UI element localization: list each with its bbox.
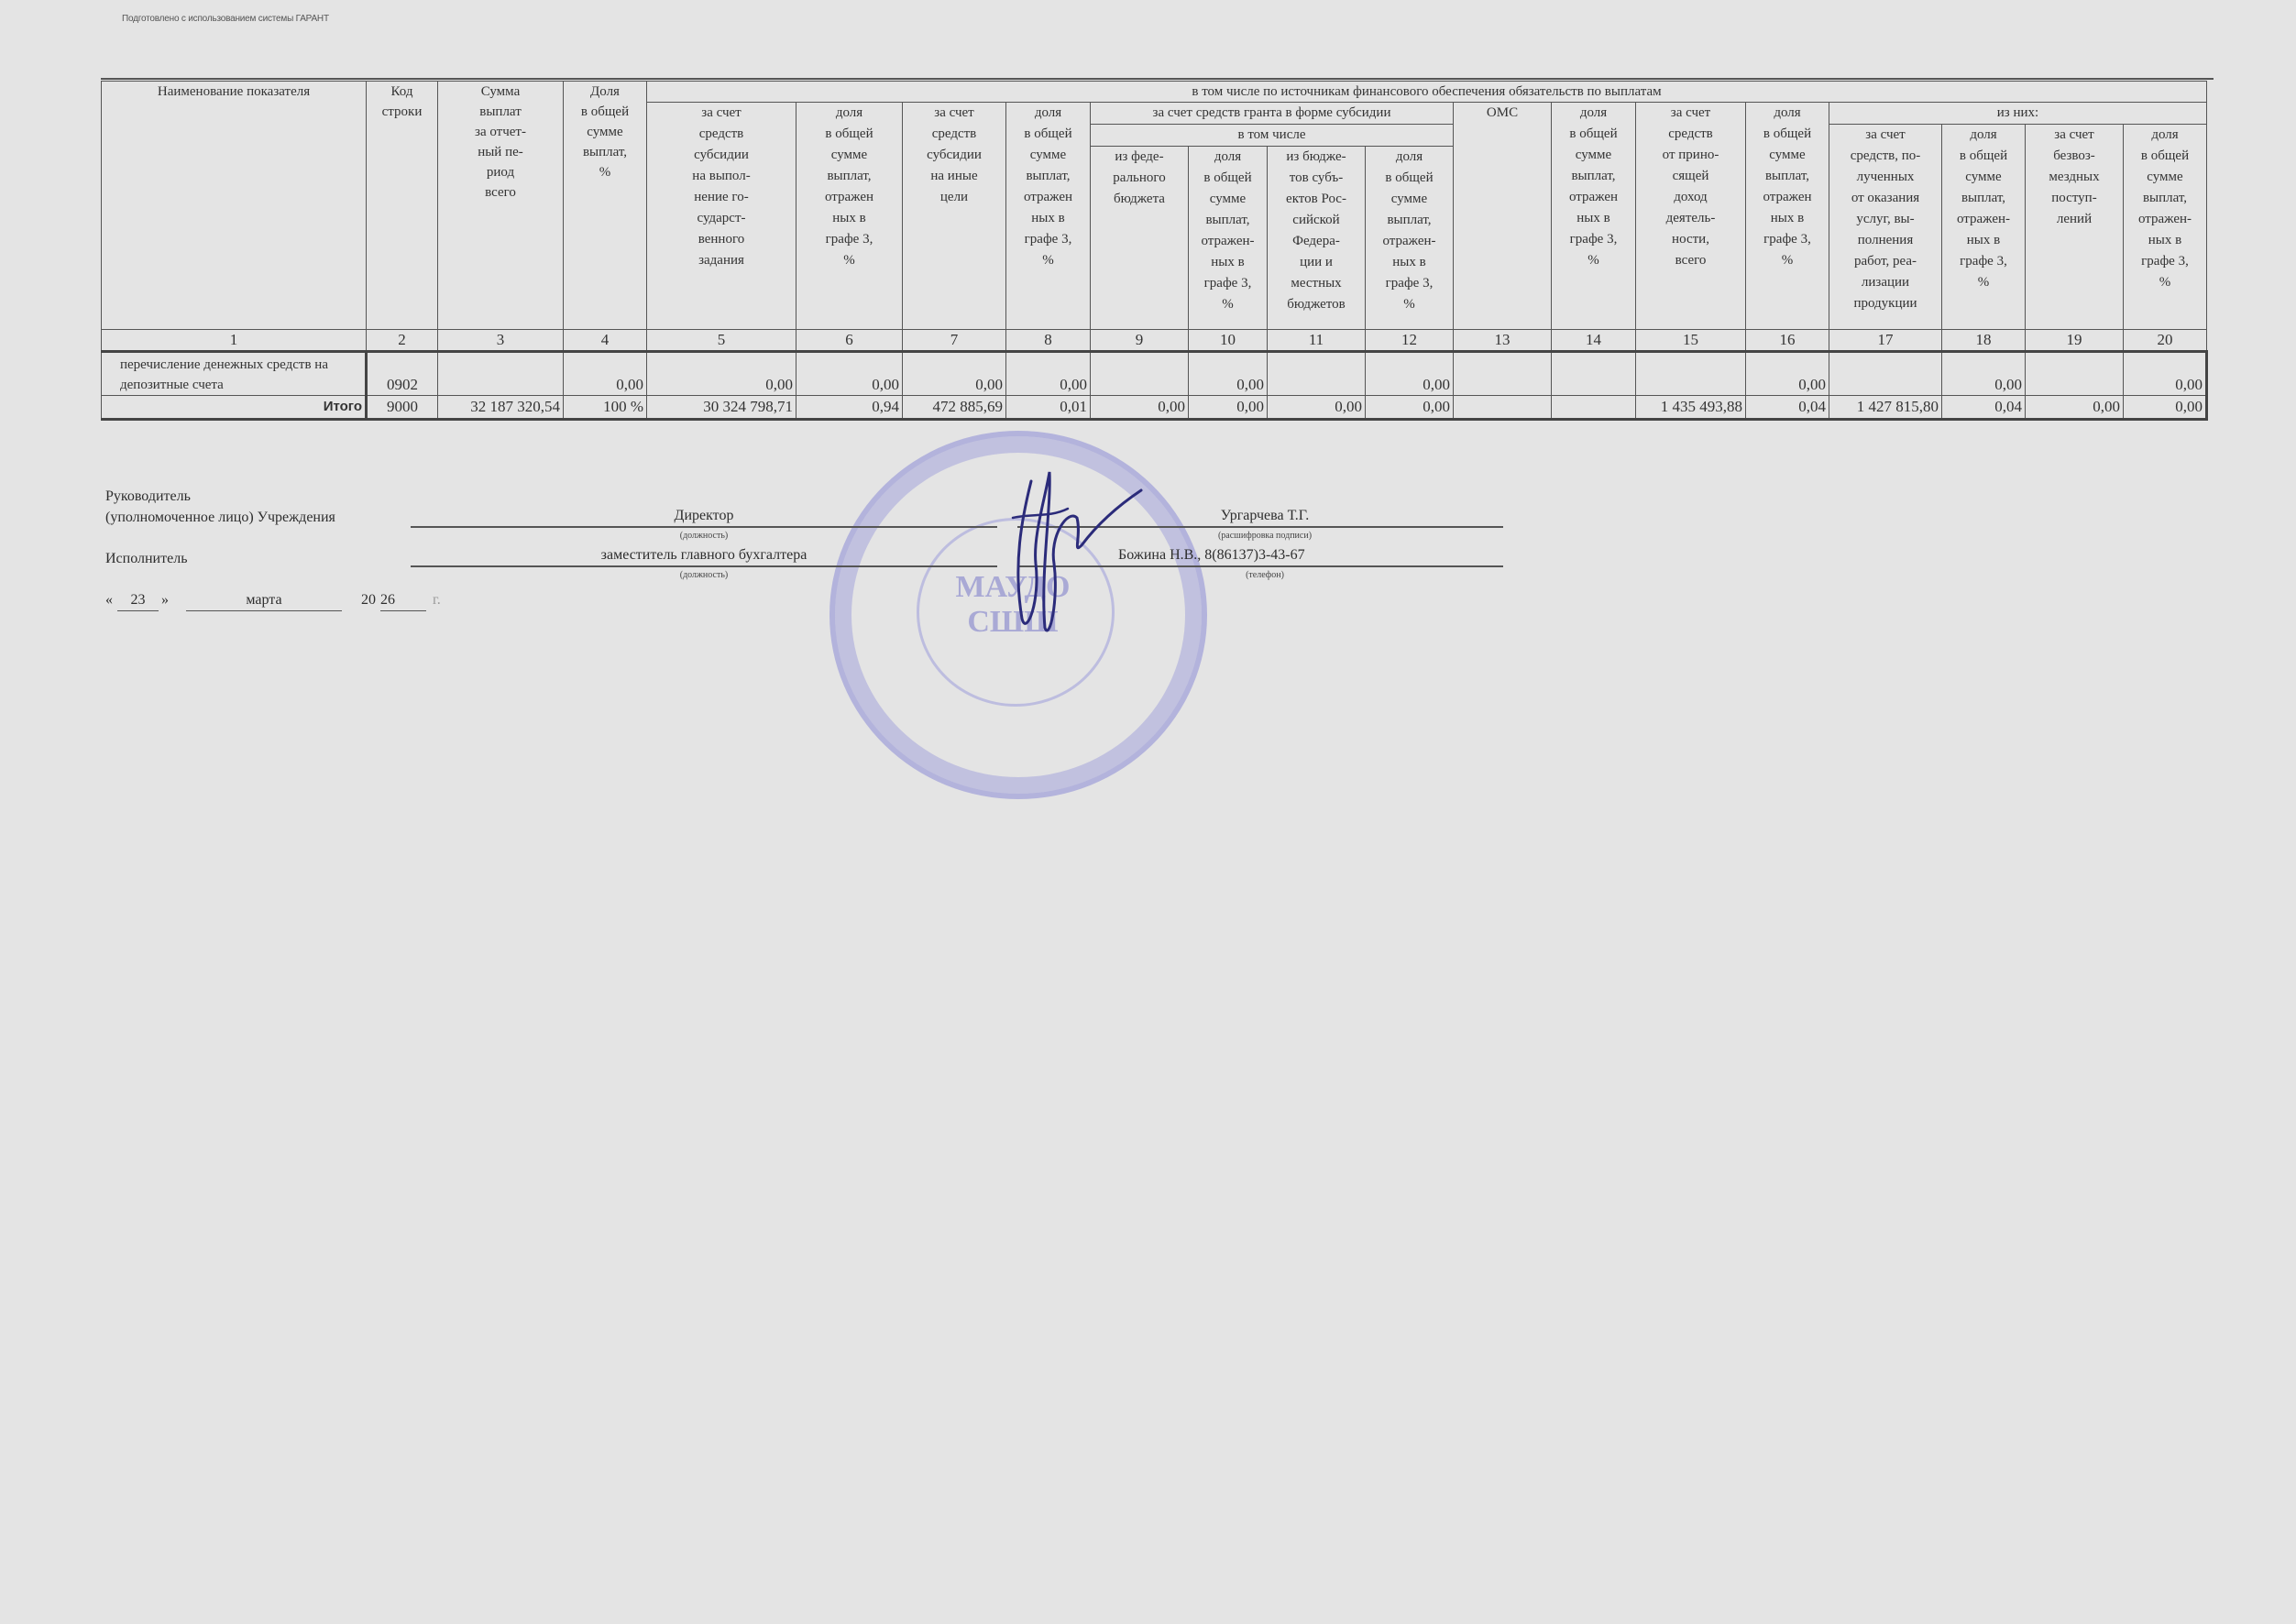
total-cell: 0,00 — [1366, 396, 1454, 420]
col-num: 4 — [564, 330, 647, 352]
cell — [438, 352, 564, 396]
header-c9: из феде- рального бюджета — [1091, 147, 1189, 330]
cell: 0,00 — [903, 352, 1006, 396]
col-num: 14 — [1552, 330, 1636, 352]
total-cell: 0,04 — [1746, 396, 1829, 420]
col-num: 19 — [2026, 330, 2124, 352]
header-c13: ОМС — [1454, 103, 1552, 330]
date-year: 26 — [380, 592, 426, 609]
col-num: 3 — [438, 330, 564, 352]
cell: 0,00 — [647, 352, 796, 396]
column-numbers-row: 1 2 3 4 5 6 7 8 9 10 11 12 13 14 15 16 1… — [102, 330, 2207, 352]
total-code: 9000 — [367, 396, 438, 420]
col-num: 10 — [1189, 330, 1268, 352]
header-c20: доля в общей сумме выплат, отражен- ных … — [2124, 125, 2207, 330]
total-cell: 0,00 — [2026, 396, 2124, 420]
cell — [1552, 352, 1636, 396]
header-c15: за счет средств от прино- сящей доход де… — [1636, 103, 1746, 330]
total-cell — [1454, 396, 1552, 420]
cell: 0,00 — [1366, 352, 1454, 396]
executor-contact: Божина Н.В., 8(86137)3-43-67 — [1118, 547, 1412, 564]
total-cell: 32 187 320,54 — [438, 396, 564, 420]
date-century: 20 — [361, 592, 376, 609]
header-c17: за счет средств, по- лученных от оказани… — [1829, 125, 1942, 330]
head-position-caption: (должность) — [411, 531, 997, 541]
col-num: 17 — [1829, 330, 1942, 352]
total-row: Итого 9000 32 187 320,54 100 % 30 324 79… — [102, 396, 2207, 420]
total-cell: 1 427 815,80 — [1829, 396, 1942, 420]
header-grant-incl: в том числе — [1091, 125, 1454, 147]
cell — [2026, 352, 2124, 396]
cell — [1268, 352, 1366, 396]
header-code: Код строки — [367, 82, 438, 330]
header-c5: за счет средств субсидии на выпол- нение… — [647, 103, 796, 330]
date-close-quote: » — [161, 592, 169, 609]
total-cell: 0,00 — [1189, 396, 1268, 420]
table-row: перечисление денежных средств на депозит… — [102, 352, 2207, 396]
total-cell: 100 % — [564, 396, 647, 420]
header-grant-group: за счет средств гранта в форме субсидии — [1091, 103, 1454, 125]
head-position-line — [411, 526, 997, 528]
header-c6: доля в общей сумме выплат, отражен ных в… — [796, 103, 903, 330]
col-num: 8 — [1006, 330, 1091, 352]
header-c7: за счет средств субсидии на иные цели — [903, 103, 1006, 330]
cell: 0,00 — [2124, 352, 2207, 396]
col-num: 16 — [1746, 330, 1829, 352]
date-day-line — [117, 610, 159, 611]
payments-table: Наименование показателя Код строки Сумма… — [101, 81, 2208, 421]
header-c11: из бюдже- тов субъ- ектов Рос- сийской Ф… — [1268, 147, 1366, 330]
date-month-line — [186, 610, 342, 611]
header-c18: доля в общей сумме выплат, отражен- ных … — [1942, 125, 2026, 330]
handwritten-signature-icon — [994, 463, 1150, 646]
col-num: 13 — [1454, 330, 1552, 352]
total-cell: 0,00 — [1091, 396, 1189, 420]
cell — [1636, 352, 1746, 396]
head-name-caption: (расшифровка подписи) — [1155, 531, 1375, 541]
total-cell: 472 885,69 — [903, 396, 1006, 420]
total-cell — [1552, 396, 1636, 420]
row-name: перечисление денежных средств на депозит… — [102, 352, 367, 396]
header-c10: доля в общей сумме выплат, отражен- ных … — [1189, 147, 1268, 330]
col-num: 5 — [647, 330, 796, 352]
header-c19: за счет безвоз- мездных поступ- лений — [2026, 125, 2124, 330]
col-num: 2 — [367, 330, 438, 352]
cell: 0,00 — [1189, 352, 1268, 396]
header-c8: доля в общей сумме выплат, отражен ных в… — [1006, 103, 1091, 330]
total-cell: 0,00 — [1268, 396, 1366, 420]
date-month: марта — [186, 592, 342, 609]
date-day: 23 — [117, 592, 159, 609]
col-num: 6 — [796, 330, 903, 352]
row-code: 0902 — [367, 352, 438, 396]
header-c14: доля в общей сумме выплат, отражен ных в… — [1552, 103, 1636, 330]
header-of-them: из них: — [1829, 103, 2207, 125]
total-cell: 0,01 — [1006, 396, 1091, 420]
cell: 0,00 — [796, 352, 903, 396]
cell — [1454, 352, 1552, 396]
total-label: Итого — [102, 396, 367, 420]
col-num: 7 — [903, 330, 1006, 352]
header-c16: доля в общей сумме выплат, отражен ных в… — [1746, 103, 1829, 330]
cell — [1091, 352, 1189, 396]
col-num: 11 — [1268, 330, 1366, 352]
top-rule — [101, 78, 2214, 80]
head-label-2: (уполномоченное лицо) Учреждения — [105, 510, 335, 526]
executor-position-line — [411, 565, 997, 567]
header-c12: доля в общей сумме выплат, отражен- ных … — [1366, 147, 1454, 330]
total-cell: 0,04 — [1942, 396, 2026, 420]
col-num: 18 — [1942, 330, 2026, 352]
total-cell: 0,00 — [2124, 396, 2207, 420]
cell: 0,00 — [564, 352, 647, 396]
total-cell: 30 324 798,71 — [647, 396, 796, 420]
cell: 0,00 — [1006, 352, 1091, 396]
cell: 0,00 — [1942, 352, 2026, 396]
executor-position-caption: (должность) — [411, 570, 997, 580]
total-cell: 0,94 — [796, 396, 903, 420]
executor-position: заместитель главного бухгалтера — [411, 547, 997, 564]
date-suffix: г. — [433, 592, 441, 609]
col-num: 9 — [1091, 330, 1189, 352]
executor-contact-caption: (телефон) — [1155, 570, 1375, 580]
source-note: Подготовлено с использованием системы ГА… — [122, 14, 329, 24]
total-cell: 1 435 493,88 — [1636, 396, 1746, 420]
header-name: Наименование показателя — [102, 82, 367, 330]
col-num: 1 — [102, 330, 367, 352]
head-label-1: Руководитель — [105, 488, 191, 505]
head-name: Ургарчева Т.Г. — [1155, 508, 1375, 524]
header-total-sum: Сумма выплат за отчет- ный пе- риод всег… — [438, 82, 564, 330]
date-open-quote: « — [105, 592, 113, 609]
header-total-share: Доля в общей сумме выплат, % — [564, 82, 647, 330]
head-position: Директор — [411, 508, 997, 524]
col-num: 12 — [1366, 330, 1454, 352]
date-year-line — [380, 610, 426, 611]
executor-label: Исполнитель — [105, 551, 188, 567]
cell: 0,00 — [1746, 352, 1829, 396]
col-num: 15 — [1636, 330, 1746, 352]
header-sources-group: в том числе по источникам финансового об… — [647, 82, 2207, 103]
cell — [1829, 352, 1942, 396]
col-num: 20 — [2124, 330, 2207, 352]
